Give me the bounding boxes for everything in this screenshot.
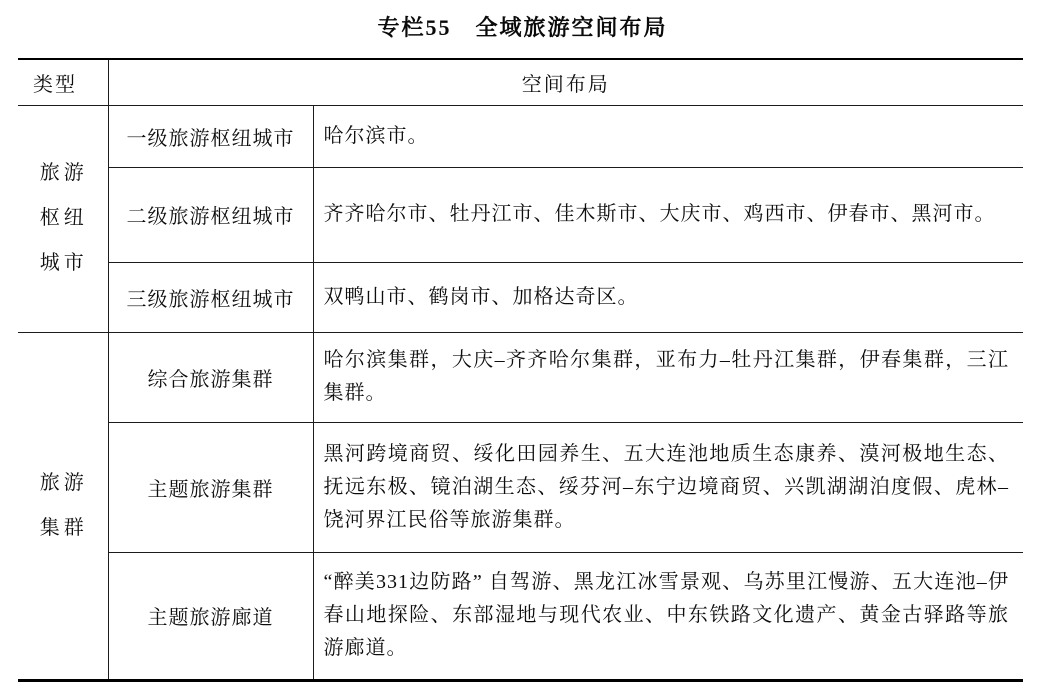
category-cell-corridor-theme: 主题旅游廊道 (108, 552, 313, 679)
table-row-hub-level3: 三级旅游枢纽城市 双鸭山市、鹤岗市、加格达奇区。 (18, 262, 1023, 332)
table-row-cluster-comprehensive: 旅游集群 综合旅游集群 哈尔滨集群，大庆–齐齐哈尔集群，亚布力–牡丹江集群，伊春… (18, 332, 1023, 422)
layout-cell-hub-level3: 双鸭山市、鹤岗市、加格达奇区。 (313, 262, 1023, 332)
header-row: 类型 空间布局 (18, 60, 1023, 105)
table-row-cluster-theme: 主题旅游集群 黑河跨境商贸、绥化田园养生、五大连池地质生态康养、漠河极地生态、抚… (18, 422, 1023, 552)
layout-cell-hub-level2: 齐齐哈尔市、牡丹江市、佳木斯市、大庆市、鸡西市、伊春市、黑河市。 (313, 167, 1023, 262)
group-cell-hub-cities: 旅游枢纽城市 (18, 105, 108, 332)
layout-cell-cluster-theme: 黑河跨境商贸、绥化田园养生、五大连池地质生态康养、漠河极地生态、抚远东极、镜泊湖… (313, 422, 1023, 552)
header-cell-type: 类型 (18, 60, 108, 105)
group-cell-tourism-clusters: 旅游集群 (18, 332, 108, 679)
category-cell-hub-level1: 一级旅游枢纽城市 (108, 105, 313, 167)
table-row-corridor-theme: 主题旅游廊道 “醉美331边防路” 自驾游、黑龙江冰雪景观、乌苏里江慢游、五大连… (18, 552, 1023, 679)
table-row-hub-level1: 旅游枢纽城市 一级旅游枢纽城市 哈尔滨市。 (18, 105, 1023, 167)
group-label-tourism-clusters: 旅游集群 (40, 461, 86, 551)
header-cell-layout: 空间布局 (108, 60, 1023, 105)
document-page: 专栏55 全域旅游空间布局 类型 空间布局 旅游枢纽城市 一级旅游枢纽城市 哈尔… (0, 0, 1045, 692)
layout-cell-hub-level1: 哈尔滨市。 (313, 105, 1023, 167)
group-label-hub-cities: 旅游枢纽城市 (40, 151, 86, 286)
layout-cell-cluster-comprehensive: 哈尔滨集群，大庆–齐齐哈尔集群，亚布力–牡丹江集群，伊春集群，三江集群。 (313, 332, 1023, 422)
category-cell-hub-level3: 三级旅游枢纽城市 (108, 262, 313, 332)
category-cell-cluster-theme: 主题旅游集群 (108, 422, 313, 552)
table-container: 类型 空间布局 旅游枢纽城市 一级旅游枢纽城市 哈尔滨市。 二级旅游枢纽城市 齐… (18, 58, 1023, 682)
layout-cell-corridor-theme: “醉美331边防路” 自驾游、黑龙江冰雪景观、乌苏里江慢游、五大连池–伊春山地探… (313, 552, 1023, 679)
tourism-layout-table: 类型 空间布局 旅游枢纽城市 一级旅游枢纽城市 哈尔滨市。 二级旅游枢纽城市 齐… (18, 60, 1023, 679)
category-cell-hub-level2: 二级旅游枢纽城市 (108, 167, 313, 262)
table-row-hub-level2: 二级旅游枢纽城市 齐齐哈尔市、牡丹江市、佳木斯市、大庆市、鸡西市、伊春市、黑河市… (18, 167, 1023, 262)
doc-title: 专栏55 全域旅游空间布局 (0, 0, 1045, 42)
category-cell-cluster-comprehensive: 综合旅游集群 (108, 332, 313, 422)
